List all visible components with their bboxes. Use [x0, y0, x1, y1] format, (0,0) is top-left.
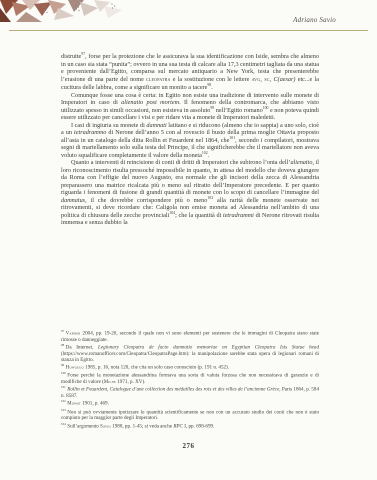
footnote-number: 101	[61, 385, 66, 389]
page-number: 276	[0, 442, 377, 450]
footnote-number: 102	[61, 399, 66, 403]
footnote: 97Varner 2004, pp. 19-20, secondo il qua…	[61, 331, 319, 344]
paragraph: Quanto a interventi di reincisione di co…	[61, 159, 319, 227]
paragraph: distrutte97, forse per la protezione che…	[61, 53, 319, 92]
footnote: 104Sull’argomento Savio 1988, pp. 1-45; …	[61, 424, 319, 431]
paragraph: Comunque fosse una cosa è certa: in Egit…	[61, 92, 319, 122]
running-header-author: Adriano Savio	[293, 16, 336, 24]
header-decoration-collage	[0, 0, 132, 22]
footnote: 99Howgego 1985, p. 16, nota 120, che cit…	[61, 365, 319, 372]
footnote-number: 104	[61, 422, 66, 426]
footnote: 103Non si può ovviamente ipotizzare le q…	[61, 410, 319, 423]
footnotes: 97Varner 2004, pp. 19-20, secondo il qua…	[61, 331, 319, 432]
footnote: 101Rollin et Feuardent, Catalogue d’une …	[61, 387, 319, 400]
footnote-number: 99	[61, 363, 64, 367]
footnote-number: 103	[61, 408, 66, 412]
footnote-number: 98	[61, 343, 64, 347]
header-rule	[9, 30, 368, 31]
footnote: 100Forse perché la monetazione alessandr…	[61, 373, 319, 386]
paragraph: I casi di ingiuria su monete di damnati …	[61, 122, 319, 160]
body-text: distrutte97, forse per la protezione che…	[61, 53, 319, 227]
footnote: 102Mowat 1901, p. 469.	[61, 401, 319, 408]
footnote-number: 97	[61, 329, 64, 333]
scanned-book-page: Adriano Savio distrutte97, forse per la …	[0, 0, 377, 480]
footnote-number: 100	[61, 371, 66, 375]
footnote: 98Da Internet, Legionary Cleopatra de fa…	[61, 345, 319, 363]
